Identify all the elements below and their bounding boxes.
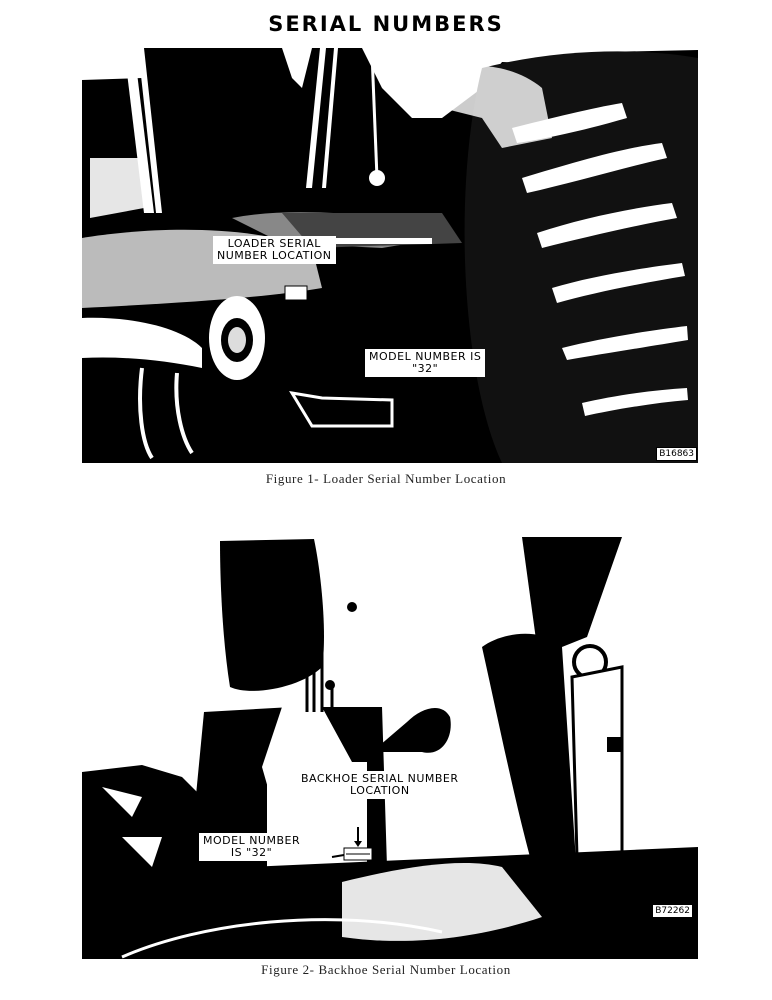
callout-line: "32" xyxy=(412,362,438,375)
figure-2-caption: Figure 2- Backhoe Serial Number Location xyxy=(0,962,772,978)
loader-model-number-callout: MODEL NUMBER IS "32" xyxy=(365,349,485,377)
backhoe-photo-illustration xyxy=(82,537,698,959)
backhoe-photo-ref-code: B72262 xyxy=(652,904,693,918)
loader-photo-ref-code: B16863 xyxy=(656,447,697,461)
loader-photo: LOADER SERIAL NUMBER LOCATION MODEL NUMB… xyxy=(82,48,698,463)
page-title: SERIAL NUMBERS xyxy=(0,12,772,36)
backhoe-model-number-callout: MODEL NUMBER IS "32" xyxy=(199,833,304,861)
callout-line: LOCATION xyxy=(350,784,410,797)
backhoe-photo: BACKHOE SERIAL NUMBER LOCATION MODEL NUM… xyxy=(82,537,698,959)
callout-line: IS "32" xyxy=(231,846,272,859)
callout-line: NUMBER LOCATION xyxy=(217,249,332,262)
backhoe-serial-location-callout: BACKHOE SERIAL NUMBER LOCATION xyxy=(297,771,463,799)
loader-serial-location-callout: LOADER SERIAL NUMBER LOCATION xyxy=(213,236,336,264)
loader-photo-illustration xyxy=(82,48,698,463)
figure-1-caption: Figure 1- Loader Serial Number Location xyxy=(0,471,772,487)
